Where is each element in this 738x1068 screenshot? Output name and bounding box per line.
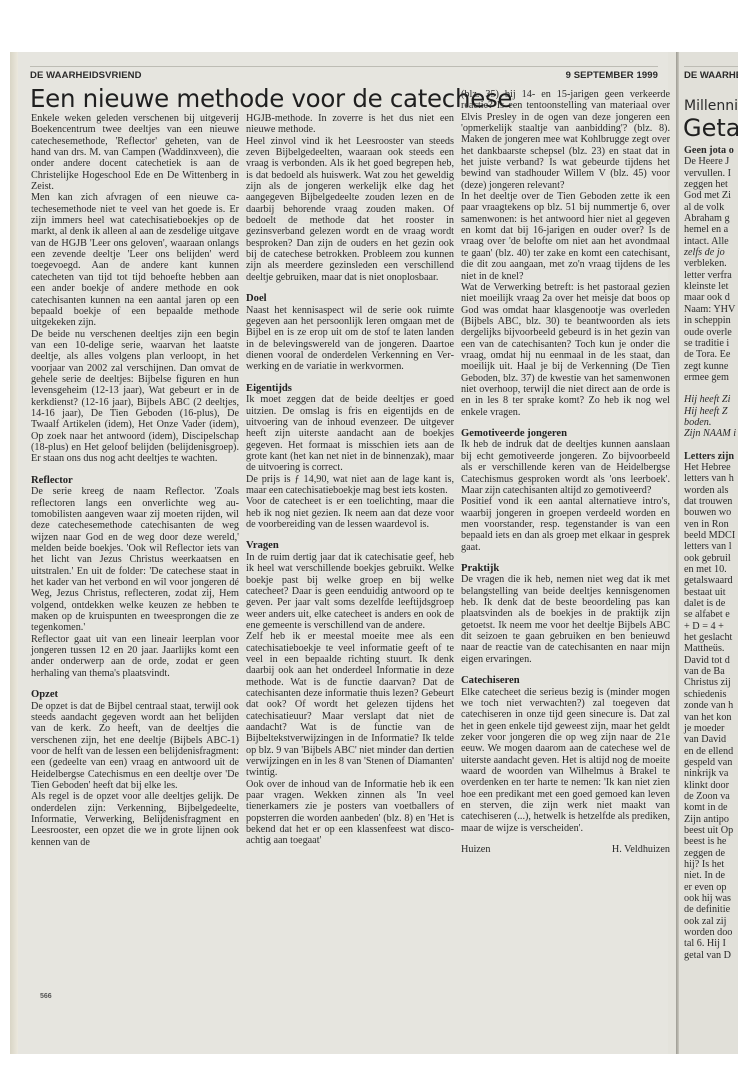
facing-running-head: DE WAARHEIDSVRIEND xyxy=(684,66,738,81)
facing-text-line: van de Ba xyxy=(684,666,738,677)
facing-text-line: + D = 4 + xyxy=(684,621,738,632)
facing-text-line: ermee gem xyxy=(684,372,738,383)
facing-text-line: Zijn NAAM i xyxy=(684,428,738,439)
subheading-reflector: Reflector xyxy=(31,475,239,487)
article-column-2: HGJB-methode. In zoverre is het dus niet… xyxy=(246,113,454,847)
page-edge xyxy=(10,52,18,1054)
facing-text-line: zonde van h xyxy=(684,700,738,711)
page-number: 566 xyxy=(40,993,52,1000)
facing-text-line: dat trouwen xyxy=(684,496,738,507)
article-column-1: Enkele weken geleden verschenen bij uit­… xyxy=(31,113,239,848)
facing-text-line: God met Zi xyxy=(684,190,738,201)
facing-text-line: worden doo xyxy=(684,927,738,938)
issue-date: 9 SEPTEMBER 1999 xyxy=(566,70,658,81)
facing-text-line: Naam: YHV xyxy=(684,304,738,315)
facing-text-line: het geslacht xyxy=(684,632,738,643)
facing-page: DE WAARHEIDSVRIEND Millennium Geta Geen … xyxy=(679,52,738,1054)
facing-text-line: De Heere J xyxy=(684,156,738,167)
facing-text-line: boden. xyxy=(684,417,738,428)
paragraph: (blz. 35) bij 14- en 15-jarigen geen ver… xyxy=(461,89,670,191)
facing-text-line: zegt kunne xyxy=(684,361,738,372)
article-column-3: (blz. 35) bij 14- en 15-jarigen geen ver… xyxy=(461,89,670,855)
facing-text-line: ook gebruil xyxy=(684,553,738,564)
facing-text-line: schiedenis xyxy=(684,689,738,700)
paragraph: Wat de Verwerking betreft: is het pastor… xyxy=(461,282,670,418)
facing-body-text: Geen jota oDe Heere Jvervullen. Izeggen … xyxy=(684,145,738,961)
facing-text-line: letters van h xyxy=(684,473,738,484)
facing-text-line: ninkrijk va xyxy=(684,768,738,779)
facing-text-line: klinkt door xyxy=(684,780,738,791)
facing-text-line: beest uit Op xyxy=(684,825,738,836)
paragraph: In het deeltje over de Tien Geboden zett… xyxy=(461,191,670,282)
paragraph: De vragen die ik heb, nemen niet weg dat… xyxy=(461,574,670,665)
facing-text-line: van het kon xyxy=(684,712,738,723)
facing-text-line: bouwen wo xyxy=(684,507,738,518)
subheading-eigentijds: Eigentijds xyxy=(246,383,454,395)
facing-text-line: Zijn antipo xyxy=(684,814,738,825)
facing-text-line: David tot d xyxy=(684,655,738,666)
facing-text-line: dalet is de xyxy=(684,598,738,609)
paragraph: Heel zinvol vind ik het Leesrooster van … xyxy=(246,136,454,283)
facing-text-line xyxy=(684,440,738,451)
paragraph: Voor de catecheet is er een toelichting,… xyxy=(246,496,454,530)
facing-text-line: niet. In de xyxy=(684,870,738,881)
facing-text-line: in scheppin xyxy=(684,315,738,326)
signoff: Huizen H. Veldhuizen xyxy=(461,844,670,855)
facing-text-line: oude overle xyxy=(684,327,738,338)
facing-text-line: tal 6. Hij I xyxy=(684,938,738,949)
publication-name: DE WAARHEIDSVRIEND xyxy=(30,70,142,81)
facing-text-line: Het Hebree xyxy=(684,462,738,473)
facing-text-line: letters van l xyxy=(684,541,738,552)
facing-text-line: en met 10. xyxy=(684,564,738,575)
facing-text-line: de definitie xyxy=(684,904,738,915)
signoff-author: H. Veldhuizen xyxy=(612,844,670,855)
paragraph: Ik heb de indruk dat de deeltjes kunnen … xyxy=(461,439,670,496)
facing-text-line: bestaat uit xyxy=(684,587,738,598)
paragraph: In de ruim dertig jaar dat ik catechisat… xyxy=(246,552,454,631)
facing-text-line: se traditie i xyxy=(684,338,738,349)
facing-text-line: zeggen de xyxy=(684,848,738,859)
facing-text-line: de Tora. Ee xyxy=(684,349,738,360)
subheading-doel: Doel xyxy=(246,293,454,305)
paragraph: Men kan zich afvragen of een nieuwe ca­t… xyxy=(31,192,239,328)
facing-kicker: Millennium xyxy=(684,98,738,114)
facing-text-line: beeld MDCI xyxy=(684,530,738,541)
running-head: DE WAARHEIDSVRIEND 9 SEPTEMBER 1999 xyxy=(30,66,658,84)
paragraph: Enkele weken geleden verschenen bij uit­… xyxy=(31,113,239,192)
paragraph: De prijs is ƒ 14,90, wat niet aan de lag… xyxy=(246,474,454,497)
paragraph: Elke catecheet die serieus bezig is (min… xyxy=(461,687,670,834)
facing-text-line: hij? Is het xyxy=(684,859,738,870)
paragraph: De opzet is dat de Bijbel centraal staat… xyxy=(31,701,239,792)
facing-text-line: de Zoon va xyxy=(684,791,738,802)
facing-text-line: van David xyxy=(684,734,738,745)
facing-text-line: Hij heeft Zi xyxy=(684,394,738,405)
paragraph: Reflector gaat uit van een lineair leerp… xyxy=(31,634,239,679)
facing-text-line: komt in de xyxy=(684,802,738,813)
facing-text-line: er even op xyxy=(684,882,738,893)
facing-text-line: Letters zijn xyxy=(684,451,738,462)
paragraph: Positief vond ik een aantal alternatieve… xyxy=(461,496,670,553)
facing-text-line: gespeld van xyxy=(684,757,738,768)
paragraph: HGJB-methode. In zoverre is het dus niet… xyxy=(246,113,454,136)
facing-text-line: intact. Alle xyxy=(684,236,738,247)
facing-text-line: letter verfra xyxy=(684,270,738,281)
paragraph: Als regel is de opzet voor alle deeltjes… xyxy=(31,791,239,848)
subheading-opzet: Opzet xyxy=(31,689,239,701)
facing-text-line: maar ook d xyxy=(684,292,738,303)
facing-text-line: Geen jota o xyxy=(684,145,738,156)
signoff-place: Huizen xyxy=(461,844,490,855)
facing-text-line: je moeder xyxy=(684,723,738,734)
facing-text-line: worden als xyxy=(684,485,738,496)
facing-text-line: getalswaard xyxy=(684,575,738,586)
facing-text-line: en de ellend xyxy=(684,746,738,757)
facing-text-line: Mattheüs. xyxy=(684,643,738,654)
paragraph: Ik moet zeggen dat de beide deeltjes er … xyxy=(246,394,454,473)
facing-text-line: Hij heeft Z xyxy=(684,406,738,417)
facing-text-line: Christus zij xyxy=(684,677,738,688)
facing-text-line: ook zal zij xyxy=(684,916,738,927)
subheading-catechiseren: Catechiseren xyxy=(461,675,670,687)
paragraph: De beide nu verschenen deeltjes zijn een… xyxy=(31,329,239,465)
facing-text-line: hemel en a xyxy=(684,224,738,235)
facing-text-line xyxy=(684,383,738,394)
facing-title: Geta xyxy=(683,114,738,142)
subheading-gemotiveerde-jongeren: Gemotiveerde jongeren xyxy=(461,428,670,440)
article-title: Een nieuwe methode voor de catechese xyxy=(30,84,512,113)
facing-text-line: zeggen het xyxy=(684,179,738,190)
facing-text-line: se alfabet e xyxy=(684,609,738,620)
facing-text-line: beest is he xyxy=(684,836,738,847)
facing-text-line: kleinste let xyxy=(684,281,738,292)
facing-text-line: Abraham g xyxy=(684,213,738,224)
subheading-praktijk: Praktijk xyxy=(461,563,670,575)
facing-text-line: ven in Ron xyxy=(684,519,738,530)
paragraph: De serie kreeg de naam Reflector. 'Zoals… xyxy=(31,486,239,633)
facing-text-line: ook hij was xyxy=(684,893,738,904)
paragraph: Ook over de inhoud van de Informatie heb… xyxy=(246,779,454,847)
paragraph: Zelf heb ik er meestal moeite mee als ee… xyxy=(246,631,454,778)
facing-text-line: al de volk xyxy=(684,202,738,213)
subheading-vragen: Vragen xyxy=(246,540,454,552)
facing-text-line: getal van D xyxy=(684,950,738,961)
facing-text-line: verbleken. xyxy=(684,258,738,269)
paragraph: Naast het kennisaspect wil de serie ook … xyxy=(246,305,454,373)
facing-text-line: zelfs de jo xyxy=(684,247,738,258)
facing-text-line: vervullen. I xyxy=(684,168,738,179)
